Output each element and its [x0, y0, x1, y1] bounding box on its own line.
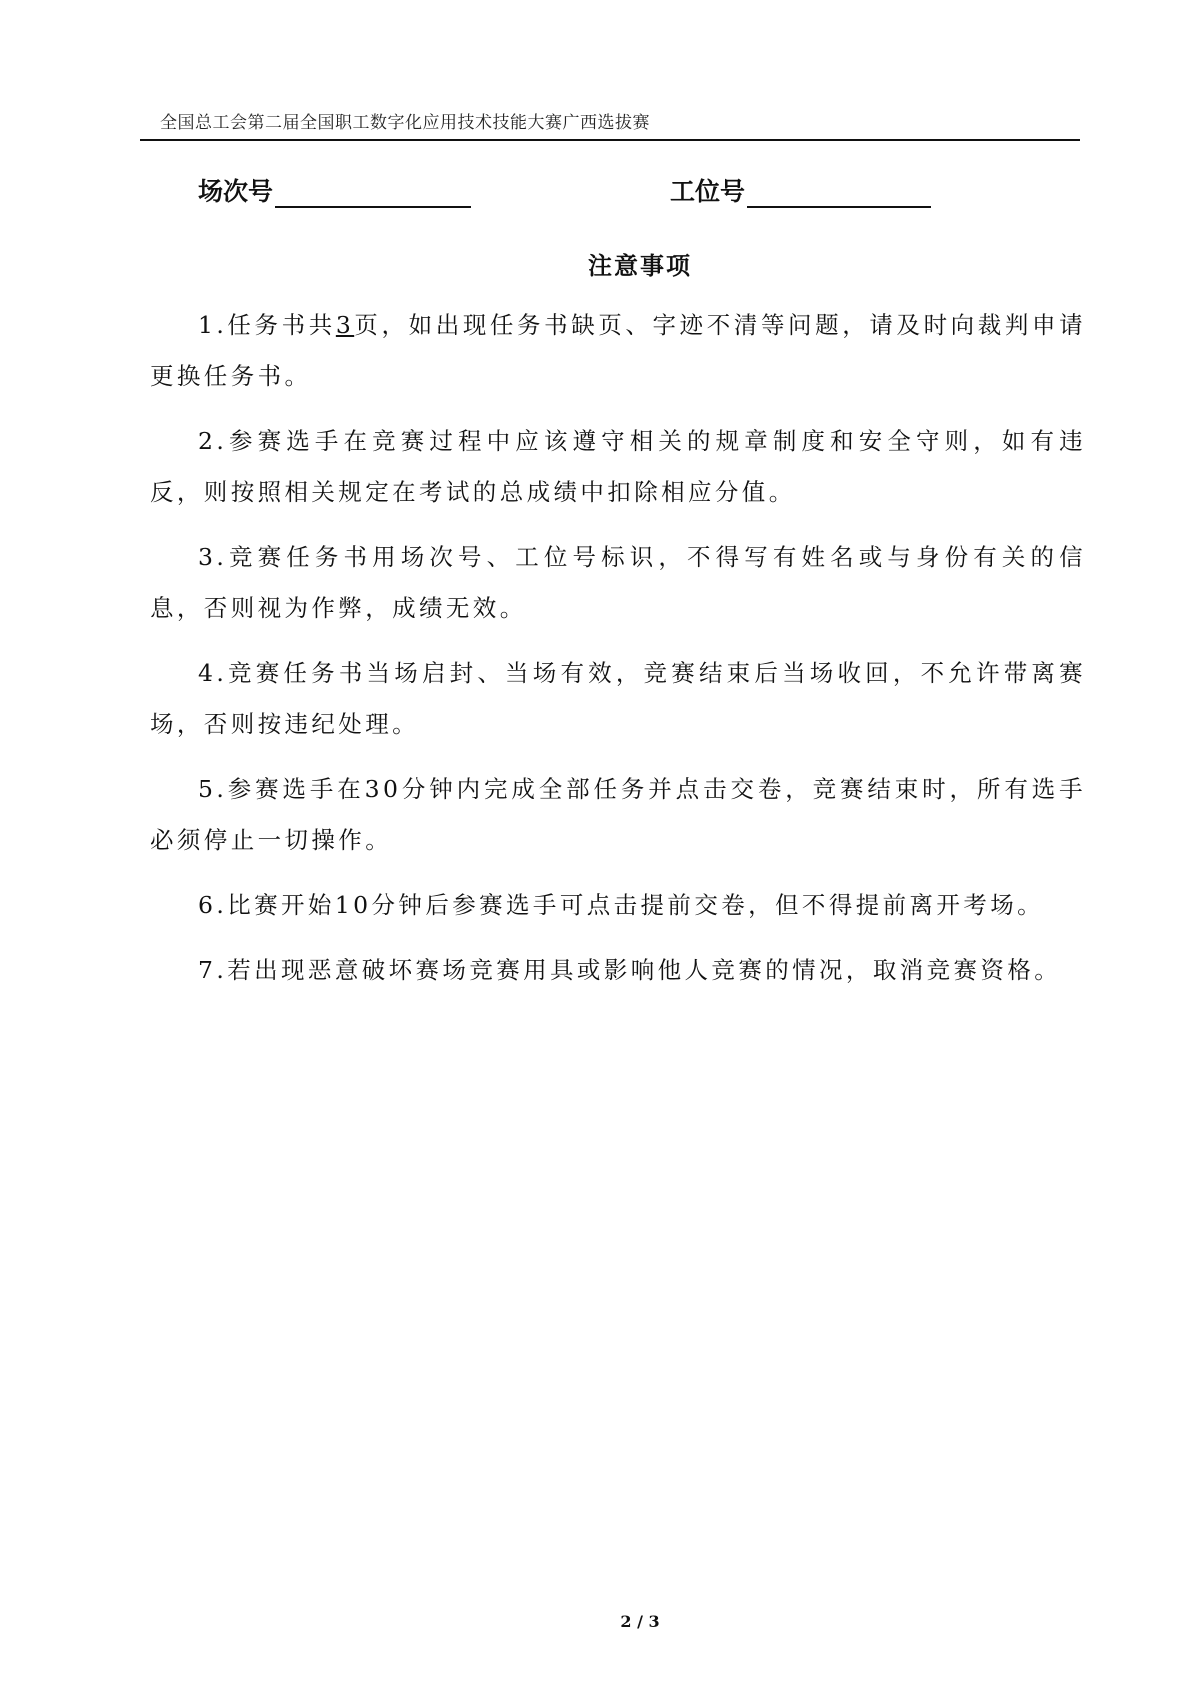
- station-number-blank[interactable]: [747, 180, 931, 208]
- note-item-5: 5.参赛选手在30分钟内完成全部任务并点击交卷，竞赛结束时，所有选手必须停止一切…: [150, 764, 1086, 866]
- page-number: 2 / 3: [0, 1612, 1199, 1631]
- running-header: 全国总工会第二届全国职工数字化应用技术技能大赛广西选拔赛: [160, 108, 650, 133]
- note-item-3: 3.竞赛任务书用场次号、工位号标识，不得写有姓名或与身份有关的信息，否则视为作弊…: [150, 532, 1086, 634]
- note-item-6: 6.比赛开始10分钟后参赛选手可点击提前交卷，但不得提前离开考场。: [150, 880, 1086, 931]
- session-number-field: 场次号: [198, 172, 471, 208]
- notes-list: 1.任务书共3页，如出现任务书缺页、字迹不清等问题，请及时向裁判申请更换任务书。…: [150, 300, 1086, 996]
- note-item-2: 2.参赛选手在竞赛过程中应该遵守相关的规章制度和安全守则，如有违反，则按照相关规…: [150, 416, 1086, 518]
- note-item-4: 4.竞赛任务书当场启封、当场有效，竞赛结束后当场收回，不允许带离赛场，否则按违纪…: [150, 648, 1086, 750]
- note-item-7: 7.若出现恶意破坏赛场竞赛用具或影响他人竞赛的情况，取消竞赛资格。: [150, 945, 1086, 996]
- session-number-label: 场次号: [198, 172, 273, 208]
- header-divider: [140, 139, 1080, 141]
- page-title: 注意事项: [0, 246, 1199, 281]
- note-item-1: 1.任务书共3页，如出现任务书缺页、字迹不清等问题，请及时向裁判申请更换任务书。: [150, 300, 1086, 402]
- station-number-label: 工位号: [670, 172, 745, 208]
- session-number-blank[interactable]: [275, 180, 471, 208]
- note-1-text-start: 1.任务书共: [198, 311, 336, 339]
- page-count-value: 3: [336, 311, 354, 339]
- station-number-field: 工位号: [670, 172, 931, 208]
